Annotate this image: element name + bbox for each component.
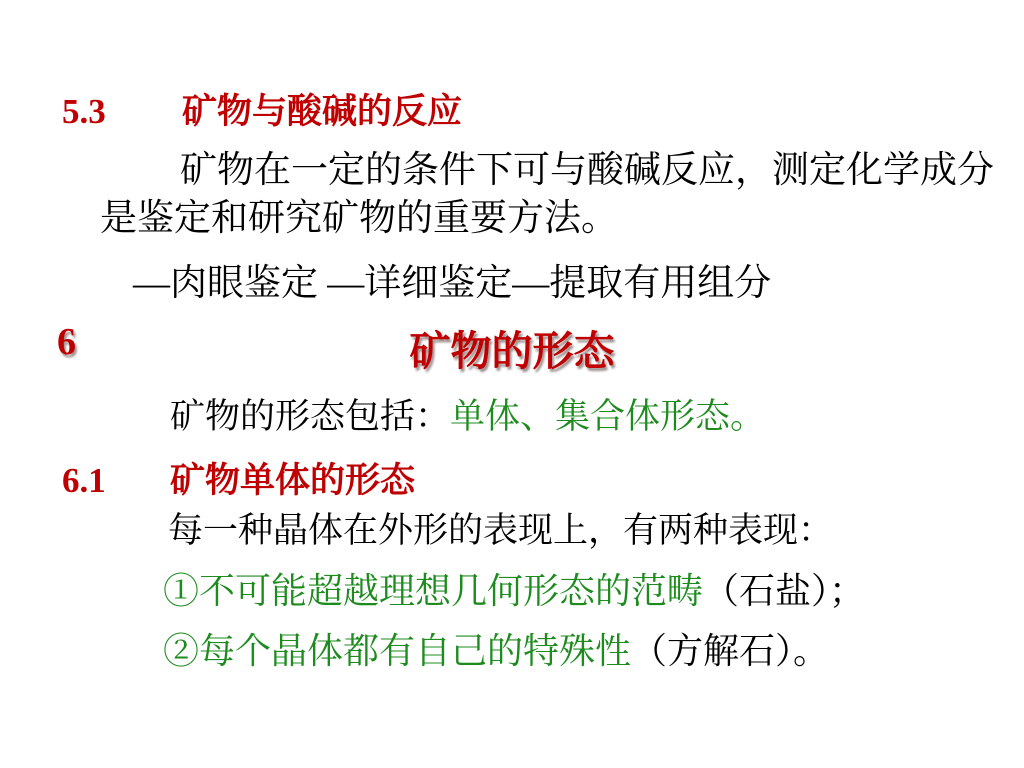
section-6-1-number: 6.1 [62,461,170,501]
section-5-3-heading: 5.3矿物与酸碱的反应 [62,84,462,134]
section-5-3-paragraph: 矿物在一定的条件下可与酸碱反应，测定化学成分是鉴定和研究矿物的重要方法。 [100,147,1002,243]
section-6-1-title: 矿物单体的形态 [170,461,415,500]
point-1-highlight: ①不可能超越理想几何形态的范畴 [163,571,703,611]
presentation-slide: 5.3矿物与酸碱的反应 矿物在一定的条件下可与酸碱反应，测定化学成分是鉴定和研究… [0,0,1024,768]
section-5-3-title: 矿物与酸碱的反应 [182,92,462,131]
point-1-line: ①不可能超越理想几何形态的范畴（石盐）； [163,563,865,614]
point-1-suffix: （石盐）； [703,571,865,611]
morphology-includes-line: 矿物的形态包括：单体、集合体形态。 [170,389,765,439]
point-2-line: ②每个晶体都有自己的特殊性（方解石）。 [163,623,829,674]
point-2-highlight: ②每个晶体都有自己的特殊性 [163,631,631,671]
includes-highlight: 单体、集合体形态。 [450,397,765,436]
section-6-number: 6 [57,320,76,364]
includes-prefix: 矿物的形态包括： [170,397,450,436]
section-6-title: 矿物的形态 [410,328,615,374]
section-6-heading: 6 矿物的形态 [0,318,1024,377]
crystal-appearance-line: 每一种晶体在外形的表现上，有两种表现： [168,503,833,553]
section-5-3-number: 5.3 [62,92,182,132]
point-2-suffix: （方解石）。 [631,631,829,671]
identification-flow-line: —肉眼鉴定 —详细鉴定—提取有用组分 [133,252,771,306]
section-6-1-heading: 6.1矿物单体的形态 [62,453,415,503]
